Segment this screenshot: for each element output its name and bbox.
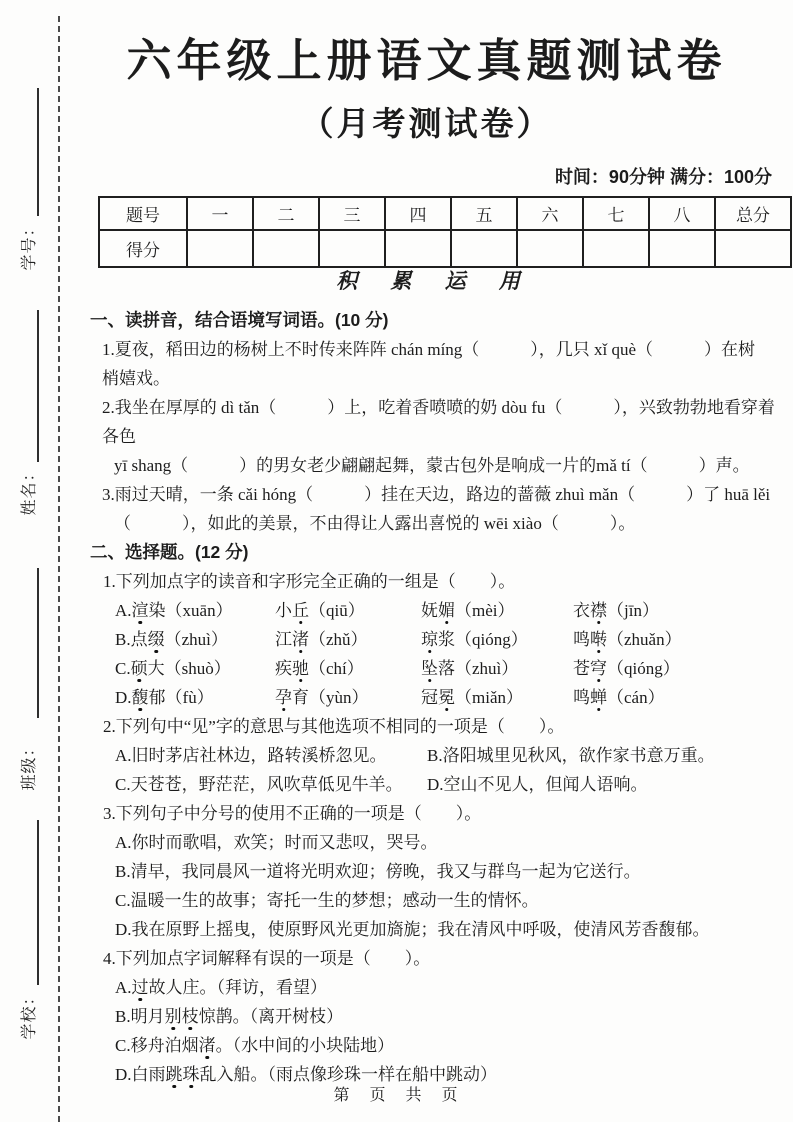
option-cell: A.渲染（xuān） — [115, 596, 275, 625]
question-stem-q3: 3.下列句子中分号的使用不正确的一项是（ ）。 — [90, 799, 778, 828]
q1-option-row: C.硕大（shuò） 疾驰（chí） 坠落（zhuì） 苍穹（qióng） — [90, 654, 778, 683]
paper-subtitle: （月考测试卷） — [70, 98, 783, 145]
option-cell: 冠冕（miǎn） — [421, 683, 573, 712]
part1-line: 2.我坐在厚厚的 dì tǎn（ ）上，吃着香喷喷的奶 dòu fu（ ），兴致… — [90, 393, 778, 451]
class-label: 班级： — [16, 729, 38, 801]
score-table-header-cell: 五 — [451, 197, 517, 230]
score-table-header-cell: 题号 — [99, 197, 187, 230]
page-footer: 第 页 共 页 — [0, 1082, 793, 1105]
paper-title: 六年级上册语文真题测试卷 — [70, 24, 783, 89]
score-table-header-cell: 六 — [517, 197, 583, 230]
score-cell-empty — [253, 230, 319, 267]
binding-dashed-line — [58, 16, 60, 1122]
option-cell: 衣襟（jīn） — [573, 596, 778, 625]
question-stem-q2: 2.下列句中“见”字的意思与其他选项不相同的一项是（ ）。 — [90, 712, 778, 741]
score-table-header-cell: 七 — [583, 197, 649, 230]
option-cell: 琼浆（qióng） — [421, 625, 573, 654]
part1-line: yī shang（ ）的男女老少翩翩起舞，蒙古包外是响成一片的mǎ tí（ ）声… — [90, 451, 778, 480]
option-cell: B.点缀（zhuì） — [115, 625, 275, 654]
score-table: 题号 一 二 三 四 五 六 七 八 总分 得分 — [98, 196, 792, 268]
q4-option: A.过故人庄。（拜访，看望） — [90, 973, 778, 1002]
option-cell: 妩媚（mèi） — [421, 596, 573, 625]
paper-body: 一、读拼音，结合语境写词语。(10 分) 1.夏夜，稻田边的杨树上不时传来阵阵 … — [90, 306, 778, 1089]
score-cell-empty — [319, 230, 385, 267]
option-cell: D.馥郁（fù） — [115, 683, 275, 712]
score-cell-empty — [583, 230, 649, 267]
student-number-blank-line — [37, 88, 39, 216]
score-table-header-cell: 总分 — [715, 197, 791, 230]
score-table-header-cell: 四 — [385, 197, 451, 230]
option-cell: 孕育（yùn） — [275, 683, 421, 712]
part1-line: （ ），如此的美景，不由得让人露出喜悦的 wēi xiào（ ）。 — [90, 509, 778, 538]
score-cell-empty — [649, 230, 715, 267]
class-blank-line — [37, 568, 39, 718]
score-cell-empty — [517, 230, 583, 267]
q2-option-row: C.天苍苍，野茫茫，风吹草低见牛羊。 D.空山不见人，但闻人语响。 — [90, 770, 778, 799]
option-cell: 苍穹（qióng） — [573, 654, 778, 683]
score-table-score-row: 得分 — [99, 230, 791, 267]
score-cell-empty — [385, 230, 451, 267]
option-cell: 江渚（zhǔ） — [275, 625, 421, 654]
score-row-label: 得分 — [99, 230, 187, 267]
question-stem-q4: 4.下列加点字词解释有误的一项是（ ）。 — [90, 944, 778, 973]
time-and-score-info: 时间：90分钟 满分：100分 — [555, 163, 772, 189]
score-cell-empty — [715, 230, 791, 267]
option-cell: 疾驰（chí） — [275, 654, 421, 683]
option-cell: 坠落（zhuì） — [421, 654, 573, 683]
score-cell-empty — [451, 230, 517, 267]
option-cell: 鸣蝉（cán） — [573, 683, 778, 712]
q1-option-row: D.馥郁（fù） 孕育（yùn） 冠冕（miǎn） 鸣蝉（cán） — [90, 683, 778, 712]
q3-option: C.温暖一生的故事；寄托一生的梦想；感动一生的情怀。 — [90, 886, 778, 915]
q3-option: B.清早，我同晨风一道将光明欢迎；傍晚，我又与群鸟一起为它送行。 — [90, 857, 778, 886]
q3-option: A.你时而歌唱，欢笑；时而又悲叹，哭号。 — [90, 828, 778, 857]
option-cell: B.洛阳城里见秋风，欲作家书意万重。 — [427, 741, 778, 770]
q4-option: B.明月别枝惊鹊。（离开树枝） — [90, 1002, 778, 1031]
q3-option: D.我在原野上摇曳，使原野风光更加旖旎；我在清风中呼吸，使清风芳香馥郁。 — [90, 915, 778, 944]
option-cell: D.空山不见人，但闻人语响。 — [427, 770, 778, 799]
q1-option-row: A.渲染（xuān） 小丘（qiū） 妩媚（mèi） 衣襟（jīn） — [90, 596, 778, 625]
q1-option-row: B.点缀（zhuì） 江渚（zhǔ） 琼浆（qióng） 鸣啭（zhuǎn） — [90, 625, 778, 654]
student-number-label: 学号： — [16, 209, 38, 281]
school-label: 学校： — [16, 978, 38, 1050]
q2-option-row: A.旧时茅店社林边，路转溪桥忽见。 B.洛阳城里见秋风，欲作家书意万重。 — [90, 741, 778, 770]
name-blank-line — [37, 310, 39, 462]
school-blank-line — [37, 820, 39, 985]
option-cell: C.硕大（shuò） — [115, 654, 275, 683]
name-label: 姓名： — [16, 454, 38, 526]
option-cell: 鸣啭（zhuǎn） — [573, 625, 778, 654]
section-banner: 积 累 运 用 — [98, 265, 772, 295]
question-stem-q1: 1.下列加点字的读音和字形完全正确的一组是（ ）。 — [90, 567, 778, 596]
part2-heading: 二、选择题。(12 分) — [90, 538, 778, 567]
part1-heading: 一、读拼音，结合语境写词语。(10 分) — [90, 306, 778, 335]
score-table-header-row: 题号 一 二 三 四 五 六 七 八 总分 — [99, 197, 791, 230]
score-table-header-cell: 三 — [319, 197, 385, 230]
option-cell: A.旧时茅店社林边，路转溪桥忽见。 — [115, 741, 427, 770]
part1-line: 1.夏夜，稻田边的杨树上不时传来阵阵 chán míng（ ），几只 xǐ qu… — [90, 335, 778, 364]
score-table-header-cell: 二 — [253, 197, 319, 230]
part1-line: 梢嬉戏。 — [90, 364, 778, 393]
option-cell: 小丘（qiū） — [275, 596, 421, 625]
score-table-header-cell: 八 — [649, 197, 715, 230]
q4-option: C.移舟泊烟渚。（水中间的小块陆地） — [90, 1031, 778, 1060]
score-table-header-cell: 一 — [187, 197, 253, 230]
part1-line: 3.雨过天晴，一条 cǎi hóng（ ）挂在天边，路边的蔷薇 zhuì mǎn… — [90, 480, 778, 509]
score-cell-empty — [187, 230, 253, 267]
option-cell: C.天苍苍，野茫茫，风吹草低见牛羊。 — [115, 770, 427, 799]
